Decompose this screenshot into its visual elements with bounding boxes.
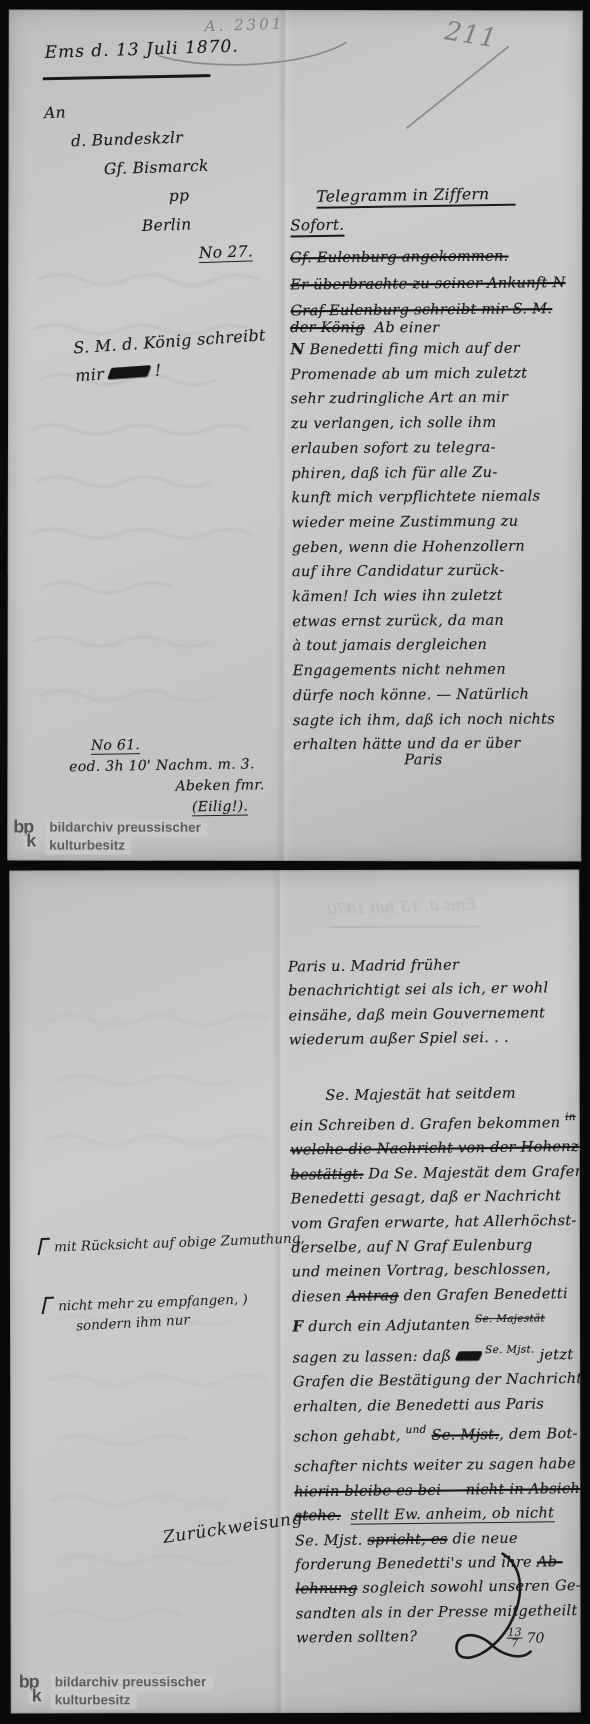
- bleed-through-dateline: Ems d. 13 Juli 1870: [327, 895, 476, 918]
- paper-fold: [271, 870, 288, 1713]
- photo-background: A. 2301 211 Ems d. 13 Juli 1870. And. Bu…: [0, 0, 590, 1724]
- margin-note-zumuthung: mit Rücksicht auf obige Zumuthung,: [40, 1225, 305, 1256]
- bpk-text-line1: bildarchiv preussischer: [51, 1674, 213, 1691]
- dateline: Ems d. 13 Juli 1870.: [44, 37, 239, 63]
- signature-date: 13 7 70: [507, 1628, 545, 1649]
- bpk-watermark: bp k bildarchiv preussischer kulturbesit…: [13, 820, 207, 855]
- bpk-watermark: bp k bildarchiv preussischer kulturbesit…: [19, 1674, 213, 1709]
- margin-note-empfangen: nicht mehr zu empfangen, ): [44, 1287, 248, 1315]
- telegram-heading: Telegramm in Ziffern: [316, 185, 515, 209]
- bpk-logo: bp k: [19, 1674, 44, 1703]
- signature-date-month: 7: [507, 1639, 523, 1649]
- cancelled-lines: Gf. Eulenburg angekommen.Er überbrachte …: [290, 243, 566, 325]
- king-margin-note: S. M. d. König schreibtmir !: [72, 321, 268, 390]
- telegram-body: N Benedetti fing mich auf derPromenade a…: [290, 335, 577, 758]
- folio-number-pencil: 211: [443, 16, 500, 54]
- bleed-through-underline: [329, 926, 479, 928]
- address-block: And. BundeskzlrGf. BismarckppBerlinNo 27…: [44, 92, 254, 273]
- registry-note: No 61.eod. 3h 10' Nachm. m. 3.Abeken fmr…: [63, 733, 265, 820]
- bpk-text-line2: kulturbesitz: [45, 838, 131, 855]
- bpk-watermark-text: bildarchiv preussischer kulturbesitz: [51, 1674, 213, 1709]
- manuscript-page-1: A. 2301 211 Ems d. 13 Juli 1870. And. Bu…: [7, 9, 582, 861]
- manuscript-page-2: Ems d. 13 Juli 1870 Paris u. Madrid früh…: [9, 870, 580, 1714]
- telegram-body-continued: Paris u. Madrid früherbenachrichtigt sei…: [288, 952, 578, 1651]
- urgency-note: Sofort.: [290, 216, 344, 238]
- catchword: Paris: [363, 752, 483, 768]
- correction-line: der König Ab einer: [290, 320, 439, 336]
- bpk-logo-k: k: [29, 1688, 44, 1703]
- signature-date-fraction: 13 7: [507, 1628, 523, 1649]
- bpk-logo: bp k: [13, 820, 38, 849]
- pencil-stroke: [401, 38, 517, 134]
- margin-note-sondern: sondern ihm nur: [76, 1312, 190, 1334]
- bpk-watermark-text: bildarchiv preussischer kulturbesitz: [45, 820, 207, 855]
- bpk-text-line1: bildarchiv preussischer: [45, 820, 207, 837]
- archive-number-pencil: A. 2301: [204, 15, 284, 36]
- bpk-text-line2: kulturbesitz: [51, 1692, 137, 1709]
- dateline-underline: [43, 74, 211, 80]
- bpk-logo-k: k: [23, 834, 38, 849]
- signature-date-year: 70: [527, 1631, 545, 1647]
